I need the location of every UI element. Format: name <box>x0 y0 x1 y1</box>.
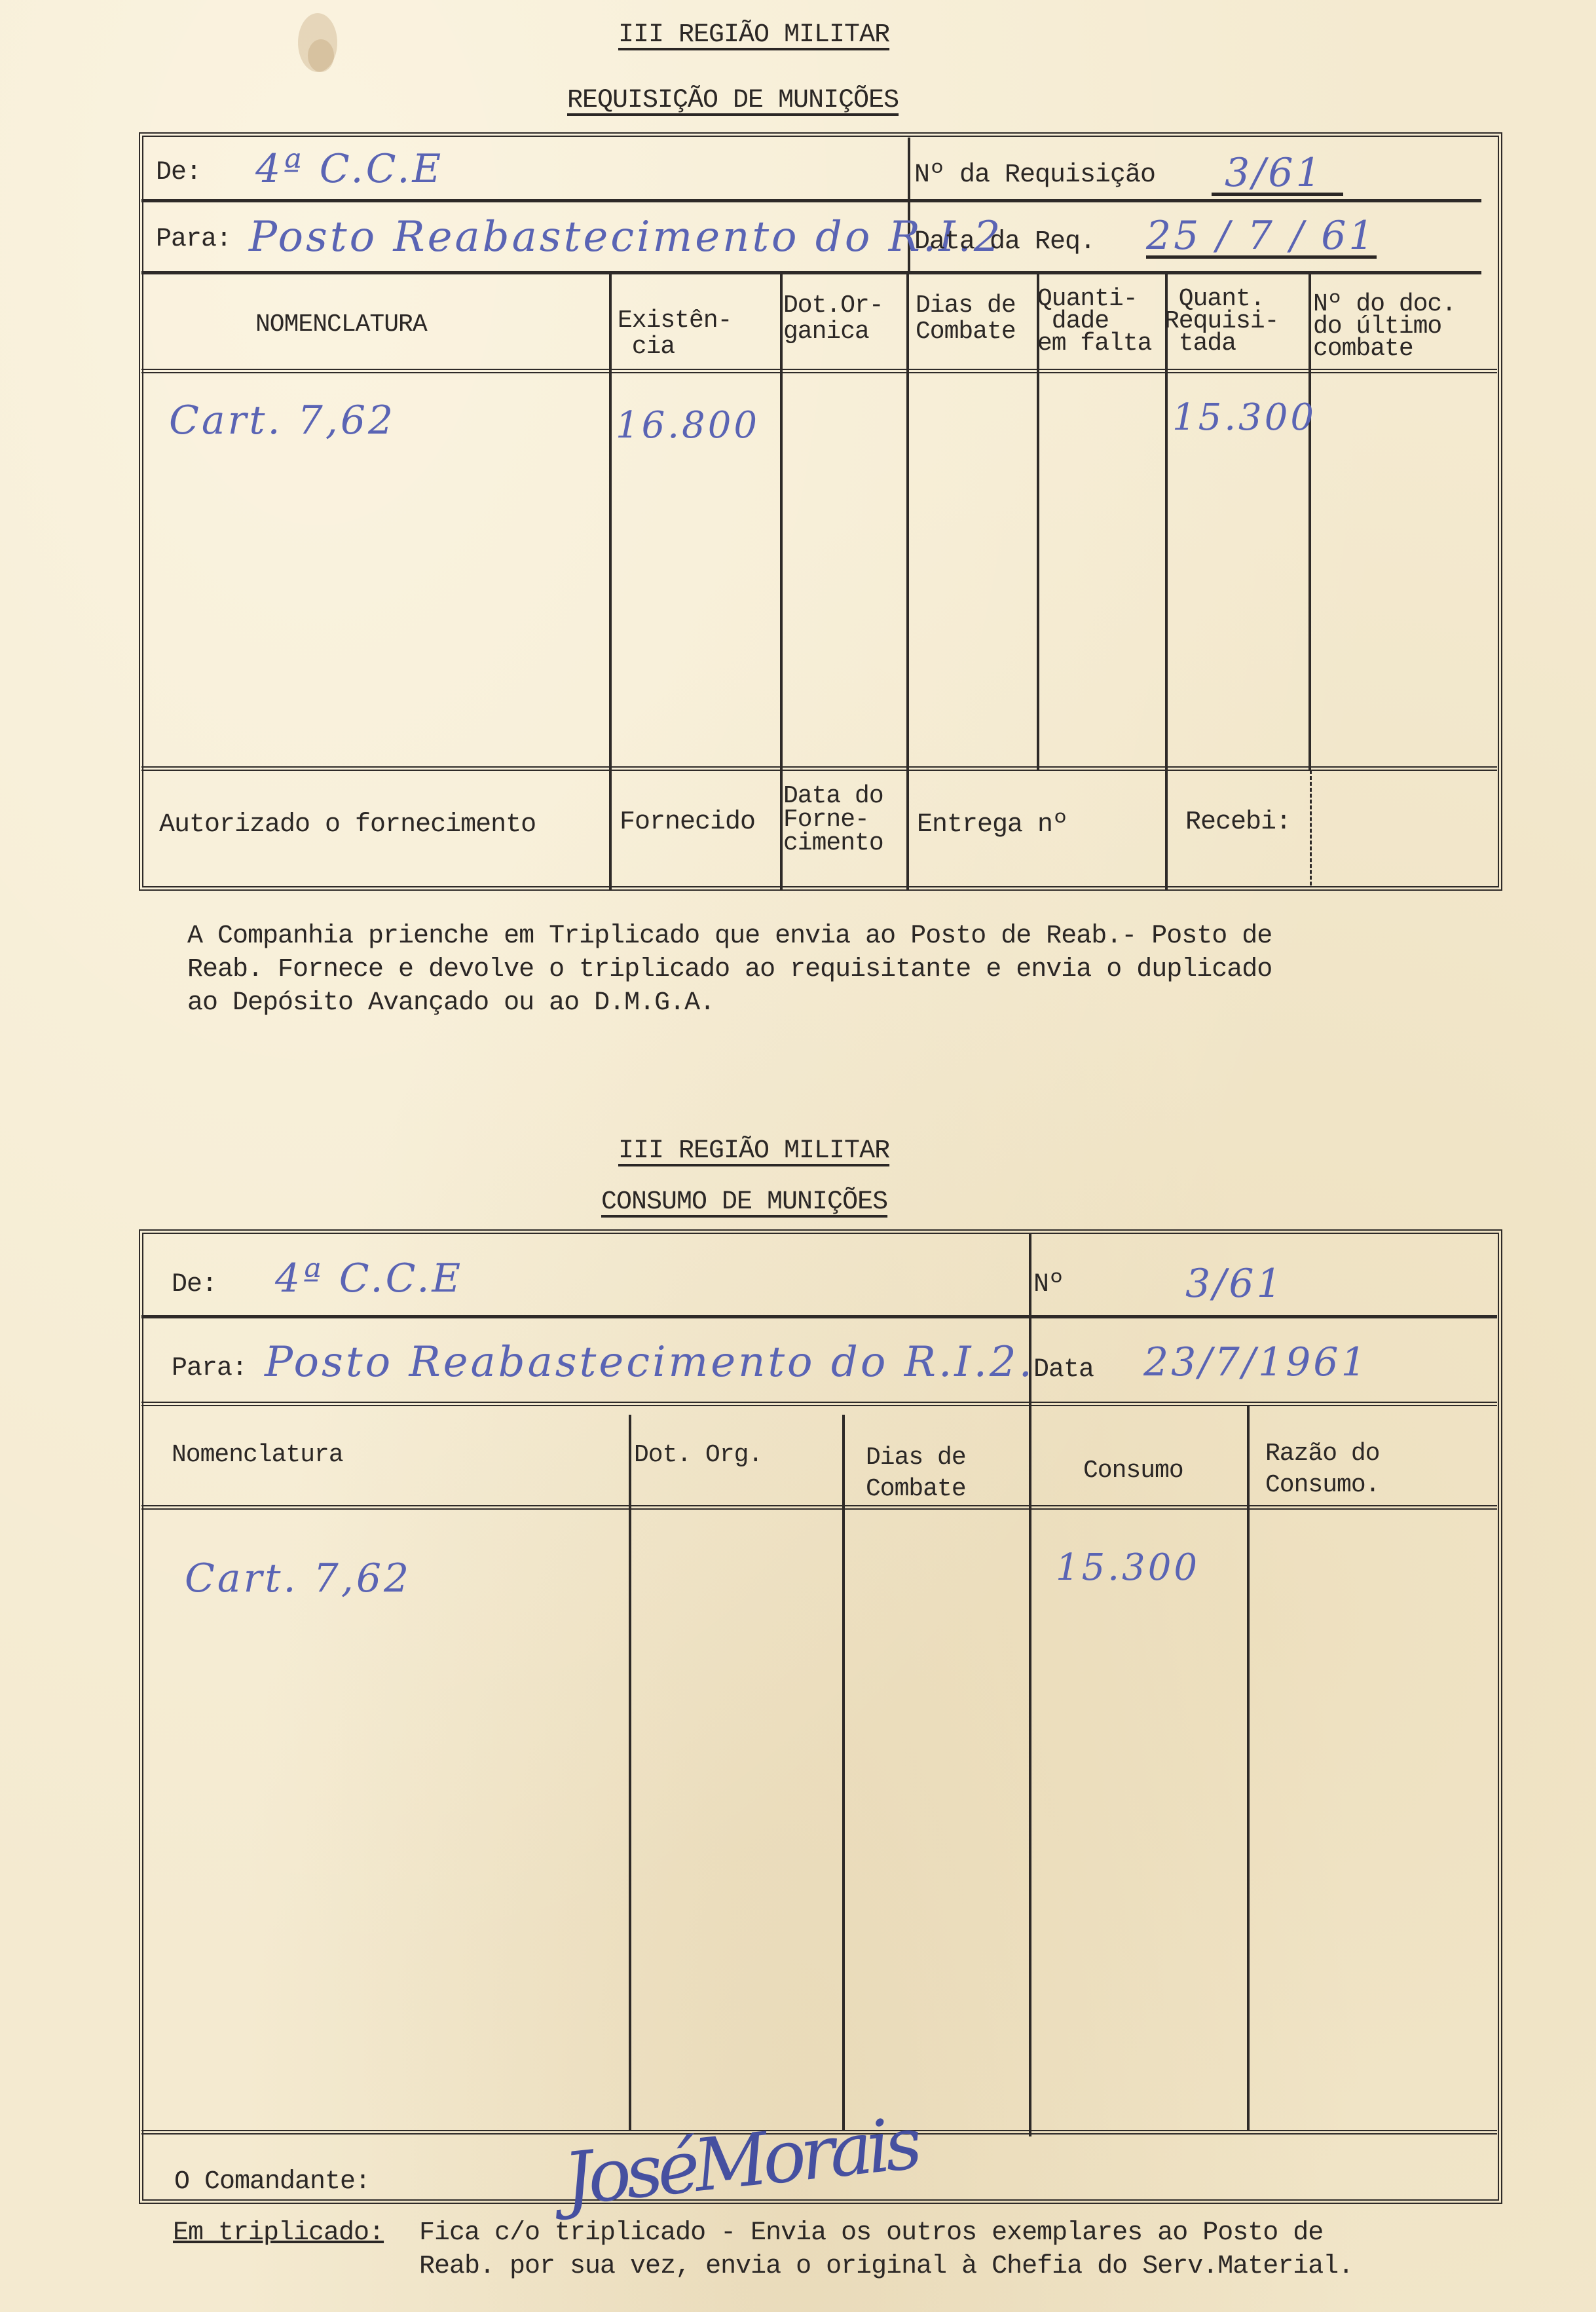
column-divider <box>906 274 909 889</box>
col-header-nomenclatura: NOMENCLATURA <box>255 312 427 338</box>
column-divider <box>1310 770 1312 886</box>
to-label: Para: <box>172 1356 247 1382</box>
region-title: III REGIÃO MILITAR <box>618 1138 889 1165</box>
col-header-existencia: Existên- cia <box>618 308 732 360</box>
commander-label: O Comandante: <box>174 2169 370 2195</box>
column-divider <box>842 1415 845 2131</box>
form-title: REQUISIÇÃO DE MUNIÇÕES <box>567 88 899 114</box>
requisition-instructions: A Companhia prienche em Triplicado que e… <box>187 920 1272 1020</box>
from-value: 4ª C.C.E <box>275 1259 463 1298</box>
cell-nomenclatura: Cart. 7,62 <box>169 401 396 440</box>
consumption-instructions: Fica c/o triplicado - Envia os outros ex… <box>419 2216 1353 2283</box>
col-header-dot-org: Dot. Org. <box>634 1442 762 1468</box>
req-date-label: Data da Req. <box>914 229 1095 255</box>
divider <box>141 1505 1497 1510</box>
supply-date-label: Data do Forne- cimento <box>783 785 883 855</box>
col-header-dias-combate: Dias de Combate <box>866 1442 966 1504</box>
to-label: Para: <box>156 227 231 253</box>
date-value: 23/7/1961 <box>1143 1343 1369 1382</box>
date-label: Data <box>1033 1357 1094 1383</box>
cell-quant-requisitada: 15.300 <box>1172 400 1316 436</box>
col-header-razao: Razão do Consumo. <box>1265 1438 1379 1501</box>
instructions-label: Em triplicado: <box>173 2220 384 2247</box>
column-divider <box>1165 274 1168 889</box>
region-title: III REGIÃO MILITAR <box>618 22 889 48</box>
col-header-doc-ultimo-combate: Nº do doc. do último combate <box>1313 293 1456 361</box>
divider <box>141 369 1497 373</box>
to-value: Posto Reabastecimento do R.I.2. <box>265 1341 1035 1383</box>
to-value: Posto Reabastecimento do R.I.2 <box>249 216 1003 258</box>
req-number-value: 3/61 <box>1212 153 1343 196</box>
req-number-label: Nº da Requisição <box>914 162 1155 189</box>
column-divider <box>780 274 783 889</box>
divider <box>141 1402 1497 1406</box>
from-label: De: <box>172 1272 217 1298</box>
column-divider <box>1308 274 1311 770</box>
divider <box>141 271 1481 274</box>
column-divider <box>609 274 612 889</box>
column-divider <box>629 1415 631 2131</box>
col-header-dias-combate: Dias de Combate <box>916 293 1016 345</box>
received-label: Recebi: <box>1185 810 1291 836</box>
col-header-dot-organica: Dot.Or- ganica <box>783 293 883 345</box>
divider <box>141 766 1497 771</box>
col-header-quantidade-falta: Quanti- dade em falta <box>1037 288 1151 356</box>
supplied-label: Fornecido <box>620 810 755 836</box>
from-value: 4ª C.C.E <box>255 149 443 189</box>
authorized-label: Autorizado o fornecimento <box>159 812 536 838</box>
divider <box>141 199 1481 202</box>
col-header-quant-requisitada: Quant. Requisi- tada <box>1164 288 1278 356</box>
req-date-value: 25 / 7 / 61 <box>1146 216 1377 259</box>
cell-consumo: 15.300 <box>1056 1550 1200 1586</box>
cell-nomenclatura: Cart. 7,62 <box>185 1559 411 1598</box>
col-header-consumo: Consumo <box>1083 1458 1183 1484</box>
col-header-nomenclatura: Nomenclatura <box>172 1442 343 1468</box>
number-label: Nº <box>1033 1272 1064 1298</box>
cell-existencia: 16.800 <box>616 407 760 444</box>
form-title: CONSUMO DE MUNIÇÕES <box>601 1189 887 1216</box>
divider <box>141 1315 1497 1318</box>
paper-stain <box>308 39 334 72</box>
number-value: 3/61 <box>1185 1264 1284 1303</box>
delivery-no-label: Entrega nº <box>917 812 1067 838</box>
from-label: De: <box>156 160 201 186</box>
column-divider <box>1247 1406 1250 2131</box>
